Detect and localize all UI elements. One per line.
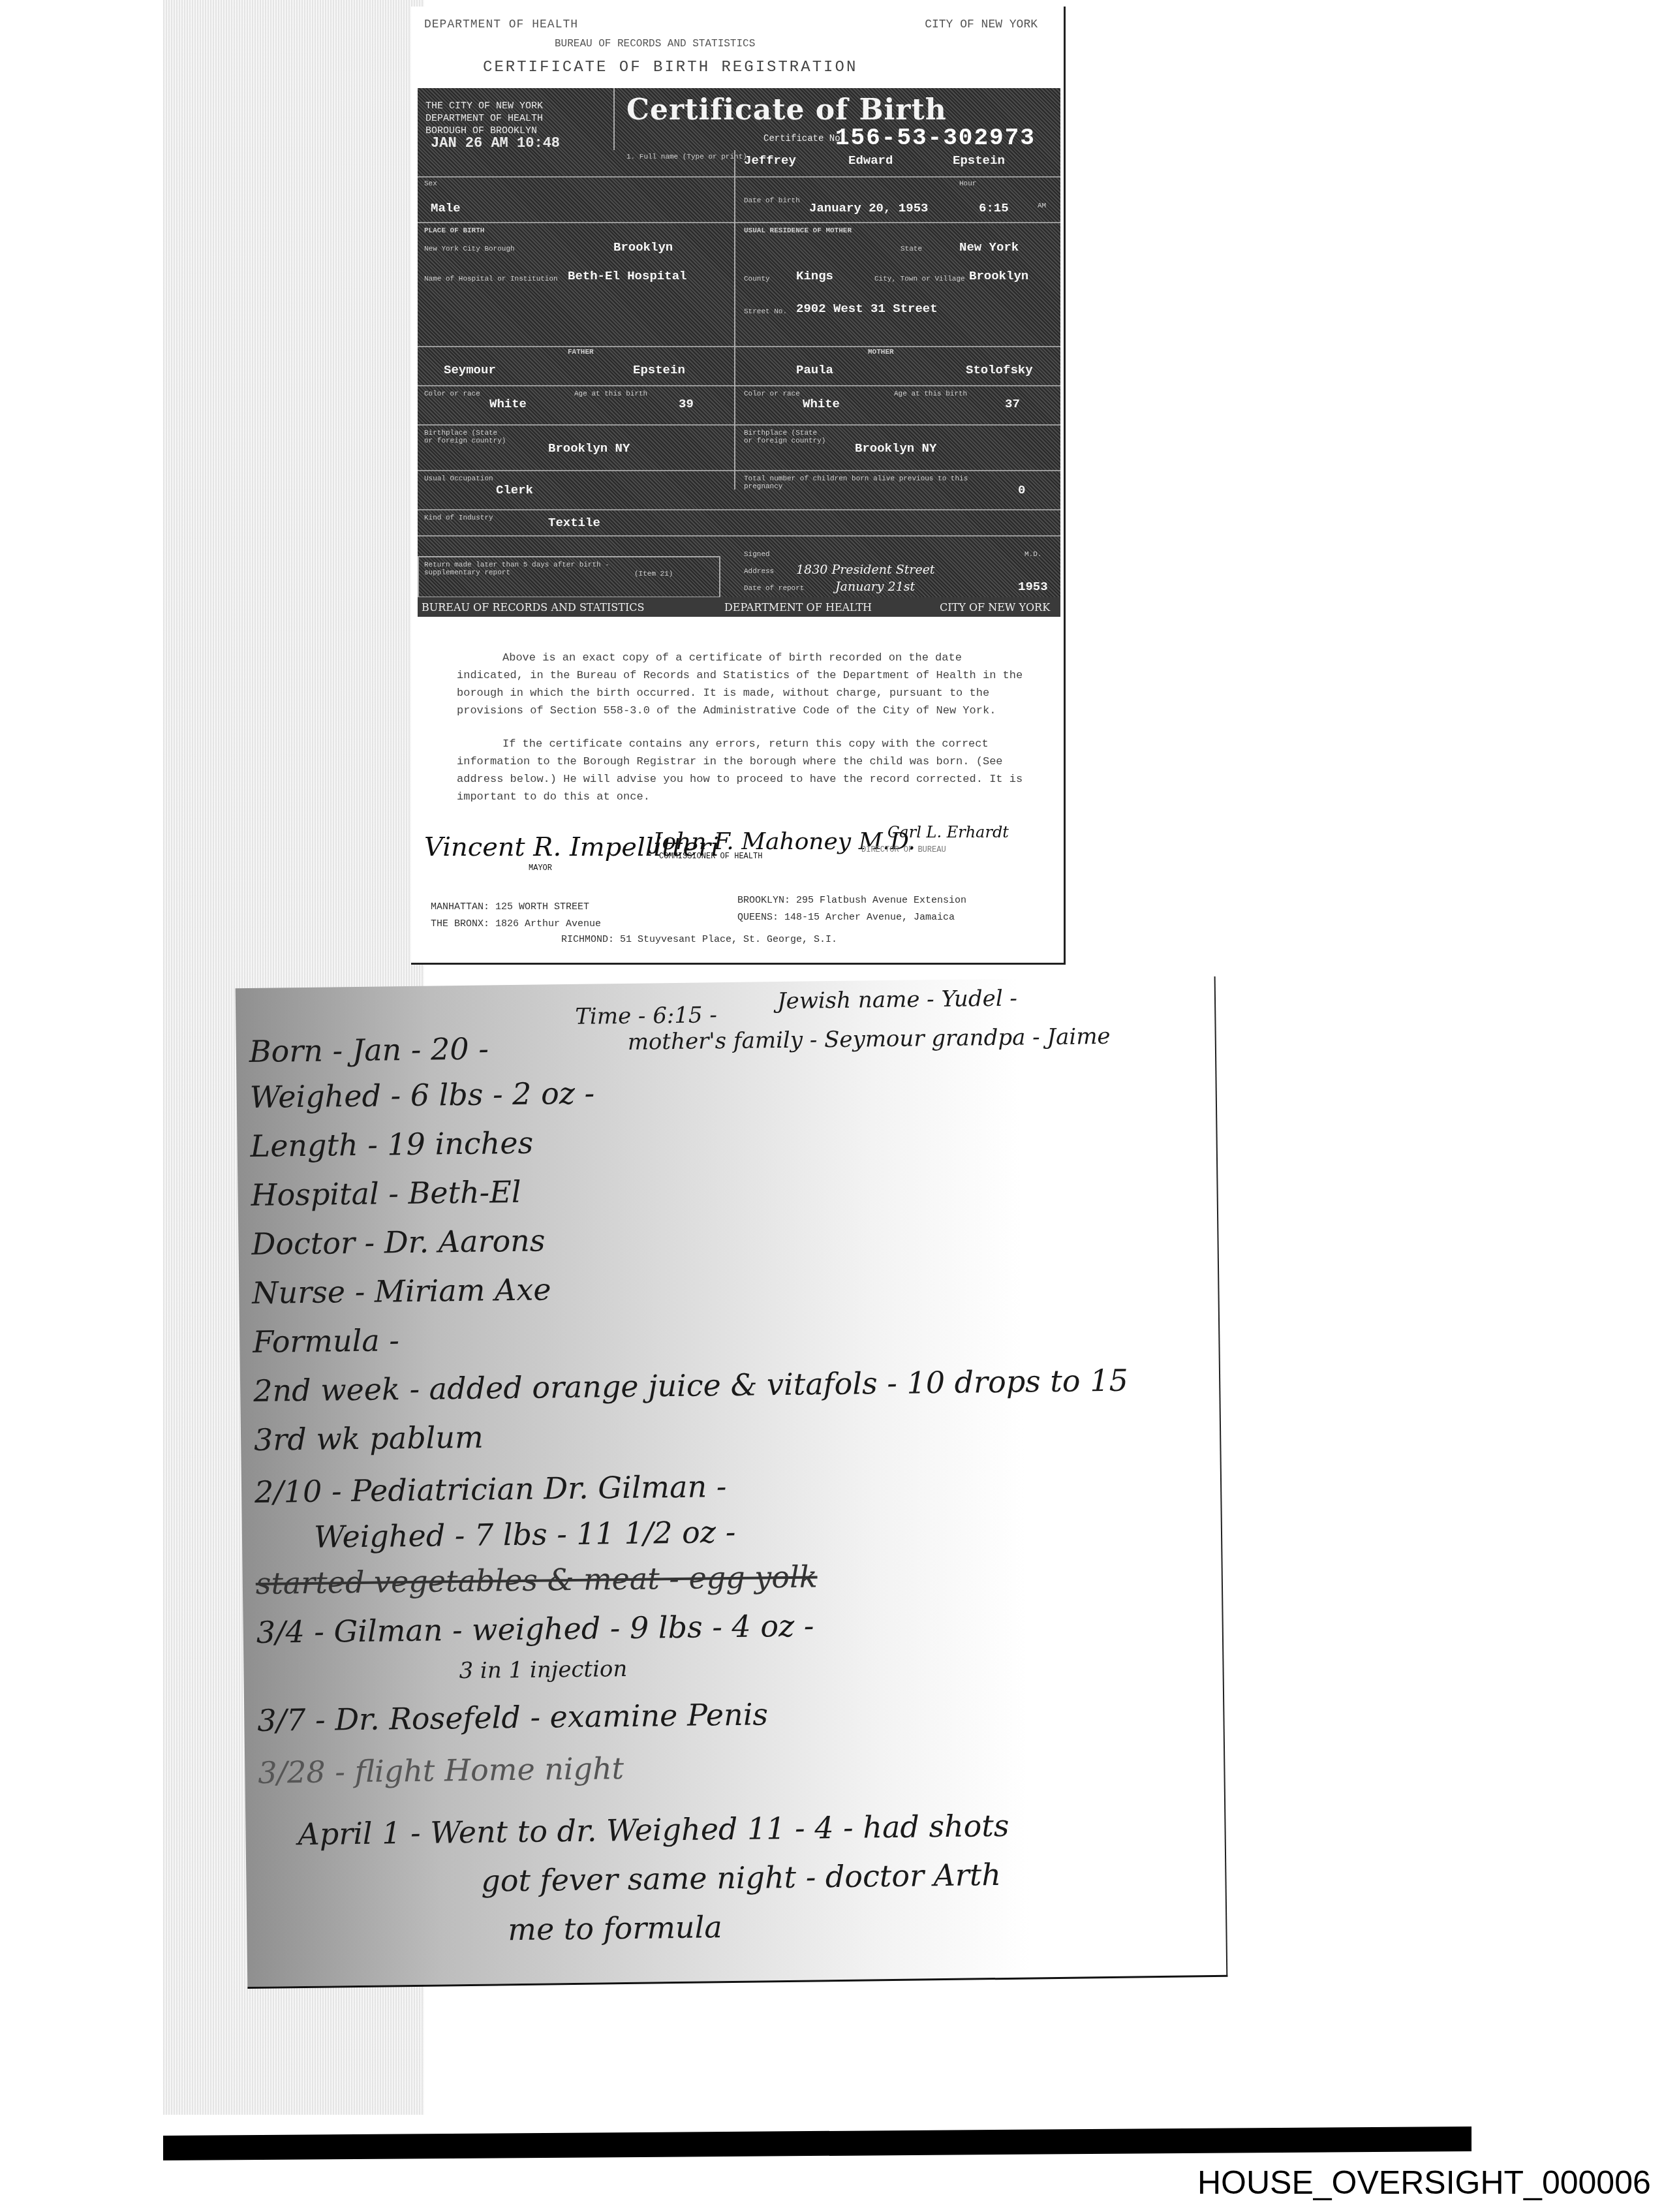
certificate-number-label: Certificate No. <box>763 134 846 144</box>
mother-residence-label: USUAL RESIDENCE OF MOTHER <box>744 227 852 235</box>
official-signatures: Vincent R. Impellitteri MAYOR John F. Ma… <box>424 832 1051 884</box>
report-year: 1953 <box>1018 580 1048 594</box>
office-bronx: THE BRONX: 1826 Arthur Avenue <box>431 916 601 932</box>
note-formula-change: me to formula <box>508 1909 722 1947</box>
note-fever: got fever same night - doctor Arth <box>481 1857 1001 1899</box>
note-nurse: Nurse - Miriam Axe <box>252 1271 551 1311</box>
note-hospital: Hospital - Beth-El <box>251 1174 521 1213</box>
am-pm: AM <box>1038 202 1046 210</box>
office-queens: QUEENS: 148-15 Archer Avenue, Jamaica <box>737 910 955 926</box>
date-label: Date of birth <box>744 197 800 205</box>
hospital-label: Name of Hospital or Institution <box>424 275 558 283</box>
certification-notice: Above is an exact copy of a certificate … <box>457 649 1031 822</box>
sex-label: Sex <box>424 180 437 188</box>
parent-names-row: FATHER Seymour Epstein MOTHER Paula Stol… <box>418 346 1060 386</box>
supplementary-ref: (Item 21) <box>634 570 673 578</box>
occupation-label: Usual Occupation <box>424 475 493 483</box>
department-name: THE CITY OF NEW YORK DEPARTMENT OF HEALT… <box>425 100 543 137</box>
supplementary-label: Return made later than 5 days after birt… <box>424 561 620 577</box>
father-birthplace: Brooklyn NY <box>548 441 630 456</box>
child-first-name: Jeffrey <box>744 153 796 168</box>
note-length: Length - 19 inches <box>250 1125 533 1164</box>
industry-row: Kind of Industry Textile <box>418 509 1060 537</box>
place-of-birth-label: PLACE OF BIRTH <box>424 227 484 235</box>
race-age-row: Color or race White Age at this birth 39… <box>418 385 1060 426</box>
previous-children: 0 <box>1018 483 1025 497</box>
signer-title: M.D. <box>1025 551 1041 559</box>
father-age-label: Age at this birth <box>574 390 647 398</box>
father-first-name: Seymour <box>444 363 496 377</box>
birth-borough: Brooklyn <box>613 240 673 255</box>
mother-birthplace-label: Birthplace (State or foreign country) <box>744 429 829 445</box>
commissioner-title: COMMISSIONER OF HEALTH <box>659 852 762 861</box>
bates-number: HOUSE_OVERSIGHT_000006 <box>1197 2164 1651 2202</box>
child-middle-name: Edward <box>848 153 893 168</box>
father-last-name: Epstein <box>633 363 685 377</box>
note-2nd-week: 2nd week - added orange juice & vitafols… <box>253 1363 1128 1409</box>
mother-age: 37 <box>1005 397 1020 411</box>
bureau-line: BUREAU OF RECORDS AND STATISTICS <box>555 38 755 50</box>
father-section-label: FATHER <box>568 349 594 356</box>
certificate-title: Certificate of Birth <box>626 93 947 127</box>
full-name-label: 1. Full name (Type or print) <box>626 153 747 161</box>
notice-paragraph-2: If the certificate contains any errors, … <box>457 736 1031 806</box>
note-formula: Formula - <box>253 1322 399 1360</box>
borough-label: New York City Borough <box>424 245 515 253</box>
note-3-28: 3/28 - flight Home night <box>258 1751 624 1790</box>
note-weight: Weighed - 6 lbs - 2 oz - <box>249 1076 594 1115</box>
mayor-title: MAYOR <box>529 864 552 873</box>
residence-county: Kings <box>796 269 833 283</box>
state-label: State <box>901 245 922 253</box>
registration-title: CERTIFICATE OF BIRTH REGISTRATION <box>483 59 857 76</box>
certificate-photostat: THE CITY OF NEW YORK DEPARTMENT OF HEALT… <box>418 88 1060 597</box>
note-injection: 3 in 1 injection <box>459 1656 627 1684</box>
birthplace-row: Birthplace (State or foreign country) Br… <box>418 424 1060 471</box>
father-occupation: Clerk <box>496 483 533 497</box>
father-industry: Textile <box>548 516 600 530</box>
handwritten-baby-record: Born - Jan - 20 - Time - 6:15 - Jewish n… <box>236 976 1228 1989</box>
note-time: Time - 6:15 - <box>575 1002 717 1030</box>
birth-date: January 20, 1953 <box>809 201 928 215</box>
director-signature: Carl L. Erhardt <box>887 823 1009 841</box>
street-label: Street No. <box>744 308 787 316</box>
note-doctor: Doctor - Dr. Aarons <box>251 1223 546 1261</box>
signed-label: Signed <box>744 551 770 559</box>
redaction-bar <box>163 2126 1471 2160</box>
agency-line-right: CITY OF NEW YORK <box>925 18 1038 31</box>
agency-line: DEPARTMENT OF HEALTH <box>424 18 578 31</box>
father-race: White <box>489 397 527 411</box>
office-brooklyn: BROOKLYN: 295 Flatbush Avenue Extension <box>737 893 966 909</box>
residence-street: 2902 West 31 Street <box>796 302 938 316</box>
residence-city: Brooklyn <box>969 269 1028 283</box>
note-pediatrician: 2/10 - Pediatrician Dr. Gilman - <box>254 1469 727 1510</box>
place-residence-row: PLACE OF BIRTH New York City Borough Bro… <box>418 222 1060 347</box>
father-age: 39 <box>679 397 694 411</box>
industry-label: Kind of Industry <box>424 514 493 522</box>
filing-block: THE CITY OF NEW YORK DEPARTMENT OF HEALT… <box>418 88 615 150</box>
certificate-footer: BUREAU OF RECORDS AND STATISTICS DEPARTM… <box>418 597 1060 617</box>
mother-first-name: Paula <box>796 363 833 377</box>
filed-date-stamp: JAN 26 AM 10:48 <box>431 135 560 151</box>
signer-address: 1830 President Street <box>796 563 935 577</box>
signer-address-label: Address <box>744 568 774 576</box>
city-label: City, Town or Village <box>874 275 965 283</box>
certificate-header: DEPARTMENT OF HEALTH CITY OF NEW YORK BU… <box>411 7 1064 78</box>
mother-race: White <box>803 397 840 411</box>
note-weighed-2-10: Weighed - 7 lbs - 11 1/2 oz - <box>314 1514 736 1555</box>
child-sex: Male <box>431 201 461 215</box>
mother-section-label: MOTHER <box>868 349 894 356</box>
hour-label: Hour <box>959 180 976 188</box>
footer-bureau: BUREAU OF RECORDS AND STATISTICS <box>422 601 644 614</box>
father-race-label: Color or race <box>424 390 480 398</box>
note-started-vegetables: started vegetables & meat - egg yolk <box>256 1559 818 1601</box>
column-divider <box>734 150 735 490</box>
note-3-4: 3/4 - Gilman - weighed - 9 lbs - 4 oz - <box>256 1608 814 1649</box>
child-last-name: Epstein <box>953 153 1005 168</box>
office-richmond: RICHMOND: 51 Stuyvesant Place, St. Georg… <box>561 932 837 948</box>
note-april-1: April 1 - Went to dr. Weighed 11 - 4 - h… <box>298 1808 1009 1852</box>
mother-last-name: Stolofsky <box>966 363 1033 377</box>
note-born: Born - Jan - 20 - <box>249 1031 489 1069</box>
attestation-row: Return made later than 5 days after birt… <box>418 535 1060 599</box>
office-manhattan: MANHATTAN: 125 WORTH STREET <box>431 899 589 915</box>
notice-paragraph-1: Above is an exact copy of a certificate … <box>457 649 1031 720</box>
mother-birthplace: Brooklyn NY <box>855 441 936 456</box>
mother-race-label: Color or race <box>744 390 800 398</box>
birth-hospital: Beth-El Hospital <box>568 269 686 283</box>
birth-certificate-copy: DEPARTMENT OF HEALTH CITY OF NEW YORK BU… <box>411 7 1066 965</box>
certificate-number: 156-53-302973 <box>835 125 1036 151</box>
note-3-7: 3/7 - Dr. Rosefeld - examine Penis <box>257 1696 768 1738</box>
sex-date-row: Sex Male Date of birth January 20, 1953 … <box>418 176 1060 223</box>
footer-department: DEPARTMENT OF HEALTH <box>724 601 872 614</box>
residence-state: New York <box>959 240 1019 255</box>
mother-age-label: Age at this birth <box>894 390 967 398</box>
county-label: County <box>744 275 770 283</box>
footer-city: CITY OF NEW YORK <box>940 601 1050 614</box>
birth-hour: 6:15 <box>979 201 1009 215</box>
supplementary-box: Return made later than 5 days after birt… <box>418 556 720 598</box>
note-jewish-name: Jewish name - Yudel - <box>777 986 1017 1014</box>
director-title: DIRECTOR OF BUREAU <box>861 845 946 854</box>
report-date: January 21st <box>835 580 915 594</box>
occupation-row: Usual Occupation Clerk Total number of c… <box>418 470 1060 510</box>
father-birthplace-label: Birthplace (State or foreign country) <box>424 429 509 445</box>
report-date-label: Date of report <box>744 585 804 593</box>
children-label: Total number of children born alive prev… <box>744 475 992 491</box>
note-3rd-week: 3rd wk pablum <box>254 1420 484 1457</box>
note-family: mother's family - Seymour grandpa - Jaim… <box>628 1023 1111 1055</box>
